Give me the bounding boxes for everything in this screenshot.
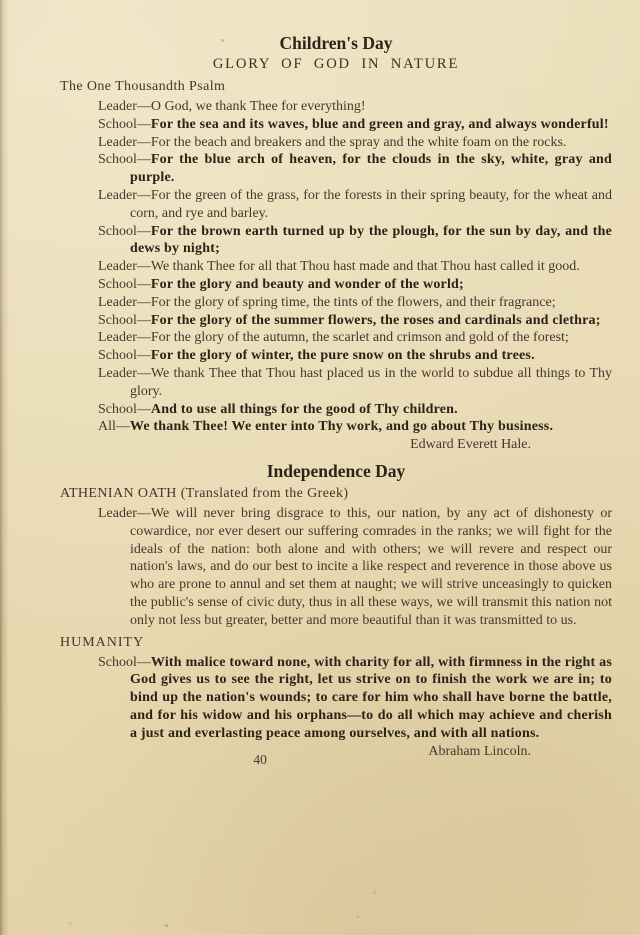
athenian-oath-heading: ATHENIAN OATH (Translated from the Greek… xyxy=(60,484,612,504)
response-text: O God, we thank Thee for everything! xyxy=(151,99,366,114)
response-text: For the glory and beauty and wonder of t… xyxy=(151,277,464,292)
speaker-label: Leader— xyxy=(98,135,151,150)
response-text: And to use all things for the good of Th… xyxy=(151,402,458,417)
litany-line: Leader—We thank Thee for all that Thou h… xyxy=(60,258,612,276)
section-title-independence-day: Independence Day xyxy=(60,461,612,482)
litany-line: Leader—For the green of the grass, for t… xyxy=(60,187,612,223)
litany-line: School—For the sea and its waves, blue a… xyxy=(60,116,612,134)
response-text: For the glory of winter, the pure snow o… xyxy=(151,348,535,363)
response-text: For the sea and its waves, blue and gree… xyxy=(151,117,609,132)
litany-line: School—And to use all things for the goo… xyxy=(60,401,612,419)
section-title-childrens-day: Children's Day xyxy=(60,33,612,54)
speaker-label: Leader— xyxy=(98,366,151,381)
speaker-label: All— xyxy=(98,419,130,434)
response-text: We will never bring disgrace to this, ou… xyxy=(130,506,612,628)
response-text: We thank Thee! We enter into Thy work, a… xyxy=(130,419,553,434)
litany-line: School—For the brown earth turned up by … xyxy=(60,223,612,259)
speaker-label: Leader— xyxy=(98,295,151,310)
paper-speck xyxy=(357,916,359,918)
psalm-heading: The One Thousandth Psalm xyxy=(60,77,612,97)
litany-line: School—For the glory of winter, the pure… xyxy=(60,347,612,365)
speaker-label: School— xyxy=(98,348,151,363)
response-text: We thank Thee for all that Thou hast mad… xyxy=(151,259,580,274)
response-text: For the blue arch of heaven, for the clo… xyxy=(130,152,612,185)
response-text: For the brown earth turned up by the plo… xyxy=(130,224,612,257)
attribution-lincoln: Abraham Lincoln. xyxy=(460,743,612,761)
humanity-heading: HUMANITY xyxy=(60,633,612,653)
speaker-label: School— xyxy=(98,224,151,239)
response-text: For the glory of the summer flowers, the… xyxy=(151,313,601,328)
litany-line: Leader—For the glory of the autumn, the … xyxy=(60,329,612,347)
attribution-hale: Edward Everett Hale. xyxy=(60,436,612,454)
response-text: For the green of the grass, for the fore… xyxy=(130,188,612,221)
litany-line: Leader—We thank Thee that Thou hast plac… xyxy=(60,365,612,401)
litany-line: School—For the blue arch of heaven, for … xyxy=(60,151,612,187)
speaker-label: Leader— xyxy=(98,99,151,114)
response-text: We thank Thee that Thou hast placed us i… xyxy=(130,366,612,399)
speaker-label: School— xyxy=(98,277,151,292)
litany-line: All—We thank Thee! We enter into Thy wor… xyxy=(60,418,612,436)
litany-line: Leader—For the glory of spring time, the… xyxy=(60,294,612,312)
paper-speck xyxy=(373,891,376,894)
section-subtitle-glory-of-god: GLORY OF GOD IN NATURE xyxy=(60,54,612,75)
page-content: Children's Day GLORY OF GOD IN NATURE Th… xyxy=(60,33,612,768)
speaker-label: School— xyxy=(98,117,151,132)
response-text: With malice toward none, with charity fo… xyxy=(130,655,612,741)
speaker-label: Leader— xyxy=(98,506,151,521)
humanity-paragraph: School—With malice toward none, with cha… xyxy=(60,654,612,743)
speaker-label: Leader— xyxy=(98,259,151,274)
litany-line: Leader—For the beach and breakers and th… xyxy=(60,134,612,152)
response-text: For the beach and breakers and the spray… xyxy=(151,135,567,150)
litany-line: School—For the glory of the summer flowe… xyxy=(60,312,612,330)
speaker-label: School— xyxy=(98,402,151,417)
speaker-label: School— xyxy=(98,655,151,670)
paper-speck xyxy=(68,922,72,925)
litany-line: Leader—O God, we thank Thee for everythi… xyxy=(60,98,612,116)
response-text: For the glory of the autumn, the scarlet… xyxy=(151,330,569,345)
athenian-oath-paragraph: Leader—We will never bring disgrace to t… xyxy=(60,505,612,630)
speaker-label: School— xyxy=(98,152,151,167)
paper-speck xyxy=(165,924,168,927)
response-text: For the glory of spring time, the tints … xyxy=(151,295,556,310)
speaker-label: Leader— xyxy=(98,188,151,203)
speaker-label: School— xyxy=(98,313,151,328)
speaker-label: Leader— xyxy=(98,330,151,345)
litany-line: School—For the glory and beauty and wond… xyxy=(60,276,612,294)
